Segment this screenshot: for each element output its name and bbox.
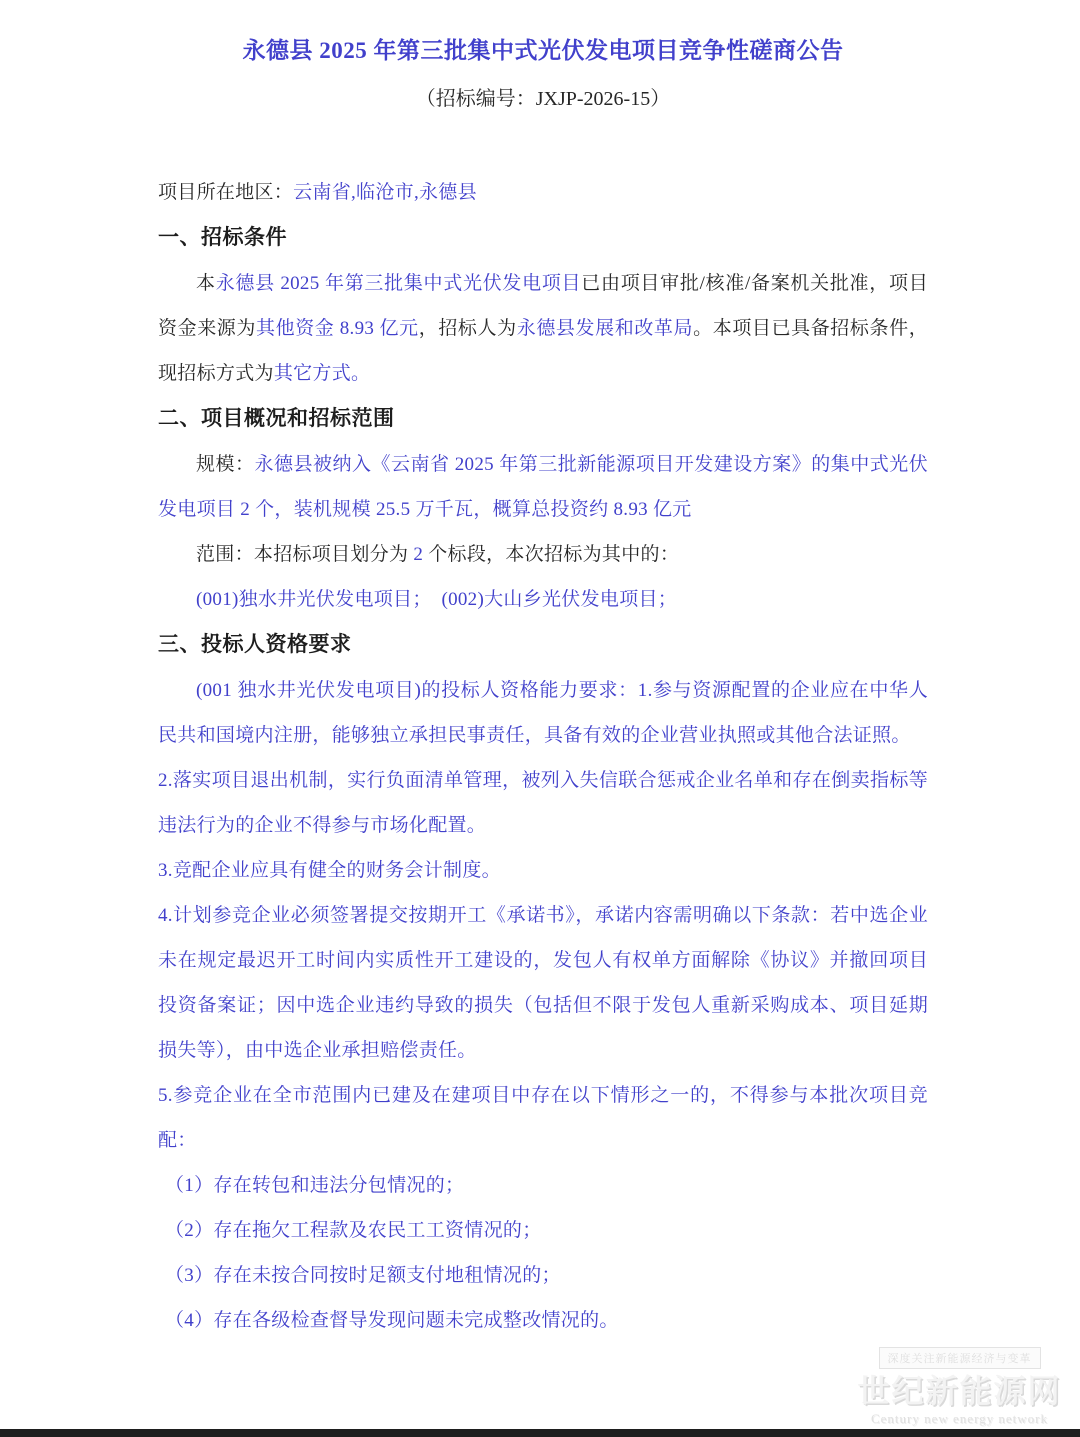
highlight-text: (001)独水井光伏发电项目； (002)大山乡光伏发电项目； (196, 589, 677, 610)
paragraph-line: （3）存在未按合同按时足额支付地租情况的； (158, 1253, 928, 1298)
highlight-text: 4.计划参竞企业必须签署提交按期开工《承诺书》，承诺内容需明确以下条款：若中选企… (158, 905, 928, 1061)
watermark-tagline: 深度关注新能源经济与变革 (879, 1347, 1041, 1369)
paragraph-line: 5.参竞企业在全市范围内已建及在建项目中存在以下情形之一的，不得参与本批次项目竞… (158, 1073, 928, 1163)
document-page: 永德县 2025 年第三批集中式光伏发电项目竞争性磋商公告 （招标编号：JXJP… (0, 0, 1080, 1437)
highlight-text: （2）存在拖欠工程款及农民工工资情况的； (165, 1220, 542, 1241)
section-heading: 一、招标条件 (158, 215, 928, 261)
body-text: 本 (196, 273, 216, 294)
body-text: 项目所在地区： (158, 182, 293, 203)
highlight-text: (001 独水井光伏发电项目)的投标人资格能力要求：1.参与资源配置的企业应在中… (158, 680, 928, 746)
site-watermark: 深度关注新能源经济与变革 世纪新能源网 Century new energy n… (847, 1347, 1072, 1427)
highlight-text: 永德县 2025 年第三批集中式光伏发电项目 (216, 273, 582, 294)
paragraph-line: 本永德县 2025 年第三批集中式光伏发电项目已由项目审批/核准/备案机关批准，… (158, 261, 928, 396)
body-text: 个标段，本次招标为其中的： (423, 544, 679, 565)
paragraph-line: （4）存在各级检查督导发现问题未完成整改情况的。 (158, 1298, 928, 1343)
paragraph-line: 范围：本招标项目划分为 2 个标段，本次招标为其中的： (158, 532, 928, 577)
body-text: 范围：本招标项目划分为 (196, 544, 413, 565)
body-text: 规模： (196, 454, 255, 475)
highlight-text: （1）存在转包和违法分包情况的； (165, 1175, 464, 1196)
watermark-brand: 世纪新能源网 (847, 1371, 1072, 1411)
highlight-text: （4）存在各级检查督导发现问题未完成整改情况的。 (165, 1310, 619, 1331)
highlight-text: 2.落实项目退出机制，实行负面清单管理，被列入失信联合惩戒企业名单和存在倒卖指标… (158, 770, 928, 836)
highlight-text: 其它方式。 (274, 363, 371, 384)
announcement-document: 永德县 2025 年第三批集中式光伏发电项目竞争性磋商公告 （招标编号：JXJP… (0, 0, 1080, 1343)
paragraph-line: (001 独水井光伏发电项目)的投标人资格能力要求：1.参与资源配置的企业应在中… (158, 668, 928, 758)
highlight-text: 3.竞配企业应具有健全的财务会计制度。 (158, 860, 501, 881)
watermark-brand-en: Century new energy network (847, 1411, 1072, 1427)
highlight-text: 永德县发展和改革局 (517, 318, 693, 339)
paragraph-line: (001)独水井光伏发电项目； (002)大山乡光伏发电项目； (158, 577, 928, 622)
section-heading: 三、投标人资格要求 (158, 622, 928, 668)
highlight-text: 云南省,临沧市,永德县 (293, 182, 477, 203)
paragraph-line: 4.计划参竞企业必须签署提交按期开工《承诺书》，承诺内容需明确以下条款：若中选企… (158, 893, 928, 1073)
paragraph-line: 2.落实项目退出机制，实行负面清单管理，被列入失信联合惩戒企业名单和存在倒卖指标… (158, 758, 928, 848)
bottom-bar (0, 1429, 1080, 1437)
paragraph-line: 规模：永德县被纳入《云南省 2025 年第三批新能源项目开发建设方案》的集中式光… (158, 442, 928, 532)
body-text: ，招标人为 (419, 318, 517, 339)
highlight-text: 其他资金 8.93 亿元 (256, 318, 419, 339)
document-title: 永德县 2025 年第三批集中式光伏发电项目竞争性磋商公告 (158, 34, 928, 68)
paragraph-line: 3.竞配企业应具有健全的财务会计制度。 (158, 848, 928, 893)
highlight-text: 5.参竞企业在全市范围内已建及在建项目中存在以下情形之一的，不得参与本批次项目竞… (158, 1085, 928, 1151)
paragraph-line: 项目所在地区：云南省,临沧市,永德县 (158, 170, 928, 215)
section-heading: 二、项目概况和招标范围 (158, 396, 928, 442)
highlight-text: 永德县被纳入《云南省 2025 年第三批新能源项目开发建设方案》的集中式光伏发电… (158, 454, 928, 520)
paragraph-line: （1）存在转包和违法分包情况的； (158, 1163, 928, 1208)
document-body: 项目所在地区：云南省,临沧市,永德县一、招标条件本永德县 2025 年第三批集中… (158, 170, 928, 1343)
highlight-text: 2 (413, 544, 423, 565)
paragraph-line: （2）存在拖欠工程款及农民工工资情况的； (158, 1208, 928, 1253)
tender-number: （招标编号：JXJP-2026-15） (158, 84, 928, 114)
highlight-text: （3）存在未按合同按时足额支付地租情况的； (165, 1265, 561, 1286)
